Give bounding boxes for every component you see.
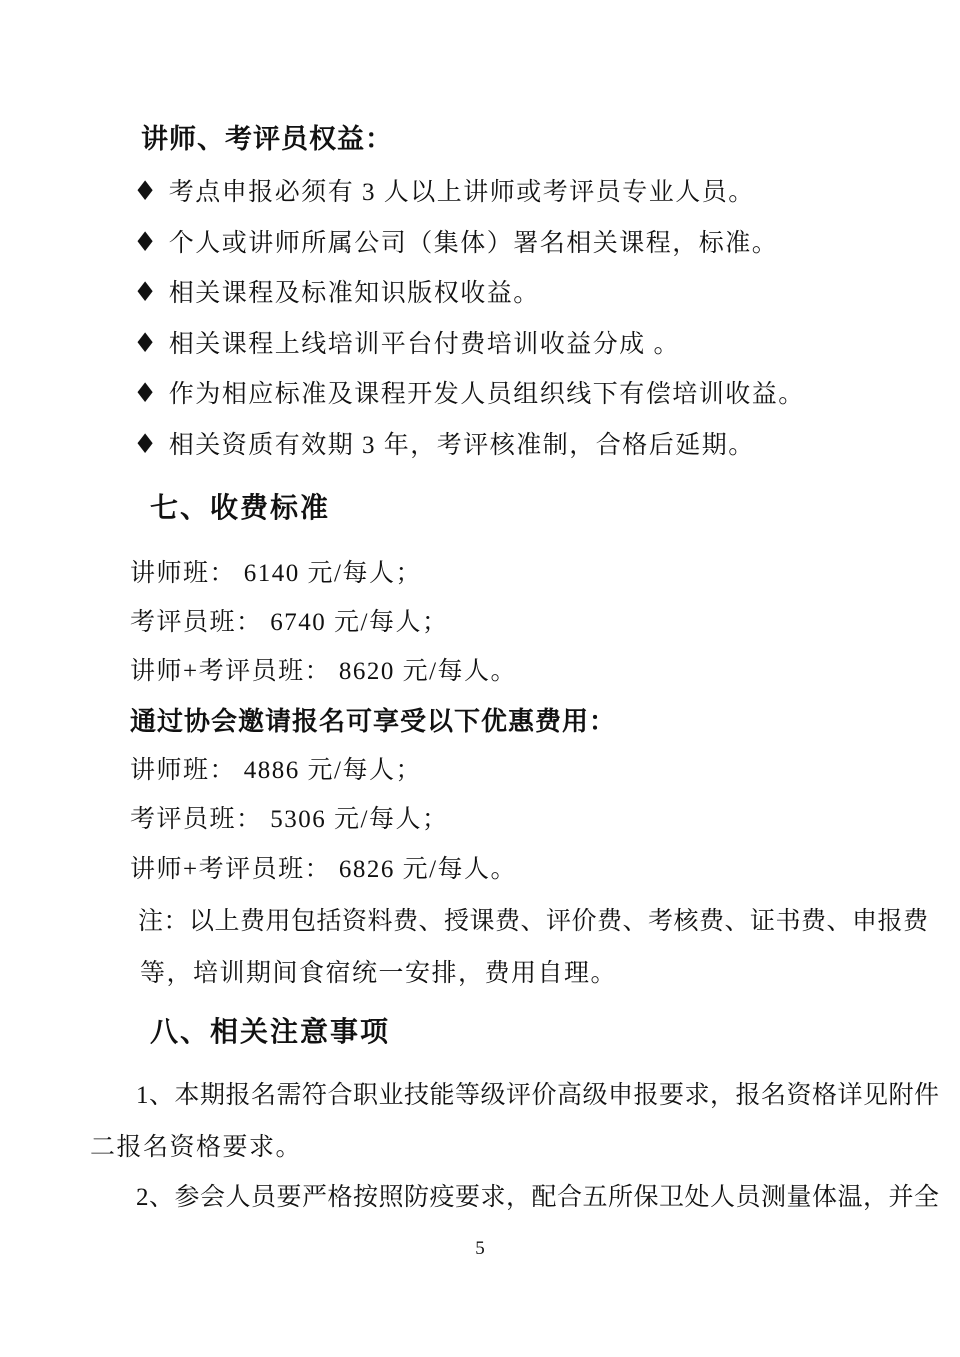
page-number: 5	[0, 1238, 960, 1260]
diamond-bullet-icon: ♦	[133, 176, 159, 207]
rights-section-heading: 讲师、考评员权益：	[141, 124, 393, 155]
rights-bullet-text-2: 个人或讲师所属公司（集体）署名相关课程，标准。	[169, 230, 779, 257]
rights-bullet-item-4: ♦相关课程上线培训平台付费培训收益分成 。	[133, 328, 680, 360]
diamond-bullet-icon: ♦	[133, 328, 159, 359]
rights-bullet-text-6: 相关资质有效期 3 年，考评核准制，合格后延期。	[169, 432, 755, 459]
diamond-bullet-icon: ♦	[133, 277, 159, 308]
document-page: 讲师、考评员权益： ♦考点申报必须有 3 人以上讲师或考评员专业人员。 ♦个人或…	[0, 0, 960, 1357]
fee-standard-line-3: 讲师+考评员班： 8620 元/每人。	[130, 658, 517, 687]
fees-section-heading: 七、收费标准	[150, 492, 330, 524]
rights-bullet-item-2: ♦个人或讲师所属公司（集体）署名相关课程，标准。	[133, 227, 778, 259]
notes-para1-line-1: 1、本期报名需符合职业技能等级评价高级申报要求，报名资格详见附件	[136, 1082, 940, 1111]
fees-note-line-1: 注：以上费用包括资料费、授课费、评价费、考核费、证书费、申报费	[138, 908, 929, 937]
fees-note-line-2: 等，培训期间食宿统一安排，费用自理。	[140, 960, 617, 989]
rights-bullet-text-5: 作为相应标准及课程开发人员组织线下有偿培训收益。	[169, 381, 805, 408]
rights-bullet-text-1: 考点申报必须有 3 人以上讲师或考评员专业人员。	[169, 179, 755, 206]
notes-section-heading: 八、相关注意事项	[150, 1016, 390, 1048]
fee-discount-line-2: 考评员班： 5306 元/每人；	[130, 806, 448, 835]
fee-standard-line-2: 考评员班： 6740 元/每人；	[130, 609, 448, 638]
diamond-bullet-icon: ♦	[133, 378, 159, 409]
fee-discount-line-1: 讲师班： 4886 元/每人；	[130, 757, 422, 786]
fees-discount-heading: 通过协会邀请报名可享受以下优惠费用：	[130, 707, 616, 737]
fee-standard-line-1: 讲师班： 6140 元/每人；	[130, 560, 422, 589]
rights-bullet-item-6: ♦相关资质有效期 3 年，考评核准制，合格后延期。	[133, 429, 755, 461]
rights-bullet-item-3: ♦相关课程及标准知识版权收益。	[133, 277, 540, 309]
notes-para1-line-2: 二报名资格要求。	[90, 1134, 302, 1163]
diamond-bullet-icon: ♦	[133, 227, 159, 258]
rights-bullet-item-1: ♦考点申报必须有 3 人以上讲师或考评员专业人员。	[133, 176, 755, 208]
rights-bullet-text-4: 相关课程上线培训平台付费培训收益分成 。	[169, 331, 680, 358]
notes-para2-line-1: 2、参会人员要严格按照防疫要求，配合五所保卫处人员测量体温，并全	[136, 1184, 940, 1213]
fee-discount-line-3: 讲师+考评员班： 6826 元/每人。	[130, 856, 517, 885]
diamond-bullet-icon: ♦	[133, 429, 159, 460]
rights-bullet-text-3: 相关课程及标准知识版权收益。	[169, 280, 540, 307]
rights-bullet-item-5: ♦作为相应标准及课程开发人员组织线下有偿培训收益。	[133, 378, 805, 410]
